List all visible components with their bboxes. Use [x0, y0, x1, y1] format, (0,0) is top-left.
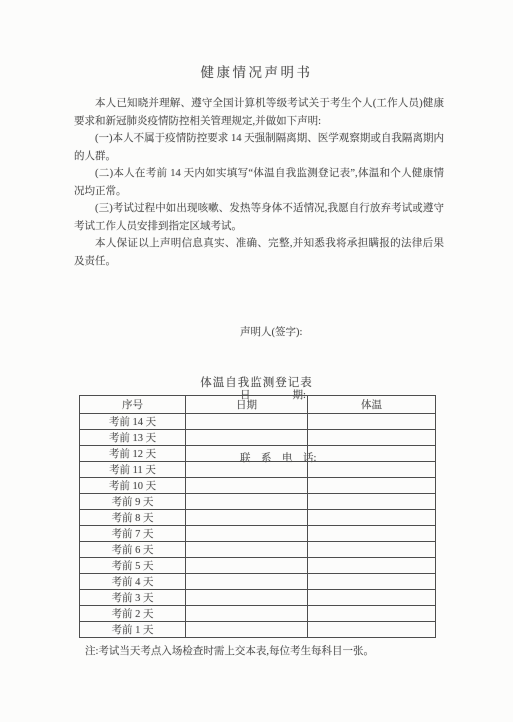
paragraph-intro: 本人已知晓并理解、遵守全国计算机等级考试关于考生个人(工作人员)健康要求和新冠肺…: [74, 95, 444, 130]
day-label-cell: 考前 13 天: [80, 430, 186, 446]
day-label-cell: 考前 4 天: [80, 574, 186, 590]
footnote: 注:考试当天考点入场检查时需上交本表,每位考生每科目一张。: [85, 643, 374, 658]
paragraph-pledge: 本人保证以上声明信息真实、准确、完整,并知悉我将承担瞒报的法律后果及责任。: [74, 235, 444, 270]
date-cell: [186, 478, 308, 494]
paragraph-item-1: (一)本人不属于疫情防控要求 14 天强制隔离期、医学观察期或自我隔离期内的人群…: [74, 130, 444, 165]
day-label-cell: 考前 5 天: [80, 558, 186, 574]
table-row: 考前 3 天: [80, 590, 436, 606]
col-header-temperature: 体温: [308, 396, 436, 414]
date-cell: [186, 542, 308, 558]
table-row: 考前 4 天: [80, 574, 436, 590]
table-row: 考前 2 天: [80, 606, 436, 622]
col-header-date: 日期: [186, 396, 308, 414]
document-title: 健康情况声明书: [0, 61, 513, 81]
date-cell: [186, 494, 308, 510]
temperature-cell: [308, 574, 436, 590]
temperature-cell: [308, 430, 436, 446]
date-cell: [186, 446, 308, 462]
temperature-cell: [308, 542, 436, 558]
temperature-cell: [308, 478, 436, 494]
date-cell: [186, 574, 308, 590]
day-label-cell: 考前 9 天: [80, 494, 186, 510]
table-row: 考前 10 天: [80, 478, 436, 494]
day-label-cell: 考前 6 天: [80, 542, 186, 558]
temperature-cell: [308, 510, 436, 526]
day-label-cell: 考前 14 天: [80, 414, 186, 430]
day-label-cell: 考前 7 天: [80, 526, 186, 542]
table-row: 考前 13 天: [80, 430, 436, 446]
day-label-cell: 考前 10 天: [80, 478, 186, 494]
day-label-cell: 考前 2 天: [80, 606, 186, 622]
table-row: 考前 9 天: [80, 494, 436, 510]
day-label-cell: 考前 12 天: [80, 446, 186, 462]
date-cell: [186, 430, 308, 446]
temperature-cell: [308, 462, 436, 478]
declaration-body: 本人已知晓并理解、遵守全国计算机等级考试关于考生个人(工作人员)健康要求和新冠肺…: [74, 95, 444, 270]
temperature-cell: [308, 446, 436, 462]
scanned-document-page: 健康情况声明书 本人已知晓并理解、遵守全国计算机等级考试关于考生个人(工作人员)…: [0, 0, 513, 722]
temperature-cell: [308, 606, 436, 622]
table-title: 体温自我监测登记表: [0, 374, 513, 390]
temperature-cell: [308, 622, 436, 638]
temperature-cell: [308, 590, 436, 606]
date-cell: [186, 590, 308, 606]
temperature-monitor-table: 序号 日期 体温 考前 14 天 考前 13 天 考前 12 天: [79, 395, 436, 638]
date-cell: [186, 462, 308, 478]
paragraph-item-2: (二)本人在考前 14 天内如实填写“体温自我监测登记表”,体温和个人健康情况均…: [74, 165, 444, 200]
table-row: 考前 14 天: [80, 414, 436, 430]
table-row: 考前 12 天: [80, 446, 436, 462]
table-row: 考前 6 天: [80, 542, 436, 558]
temperature-cell: [308, 526, 436, 542]
table-row: 考前 8 天: [80, 510, 436, 526]
col-header-sequence: 序号: [80, 396, 186, 414]
date-cell: [186, 606, 308, 622]
day-label-cell: 考前 3 天: [80, 590, 186, 606]
table-header-row: 序号 日期 体温: [80, 396, 436, 414]
table-row: 考前 11 天: [80, 462, 436, 478]
table-row: 考前 7 天: [80, 526, 436, 542]
date-cell: [186, 526, 308, 542]
table-row: 考前 5 天: [80, 558, 436, 574]
declarant-signature-label: 声明人(签字):: [240, 322, 316, 343]
date-cell: [186, 414, 308, 430]
temperature-cell: [308, 414, 436, 430]
date-cell: [186, 558, 308, 574]
temperature-cell: [308, 494, 436, 510]
table-row: 考前 1 天: [80, 622, 436, 638]
day-label-cell: 考前 11 天: [80, 462, 186, 478]
date-cell: [186, 622, 308, 638]
temperature-cell: [308, 558, 436, 574]
day-label-cell: 考前 1 天: [80, 622, 186, 638]
date-cell: [186, 510, 308, 526]
day-label-cell: 考前 8 天: [80, 510, 186, 526]
paragraph-item-3: (三)考试过程中如出现咳嗽、发热等身体不适情况,我愿自行放弃考试或遵守考试工作人…: [74, 200, 444, 235]
